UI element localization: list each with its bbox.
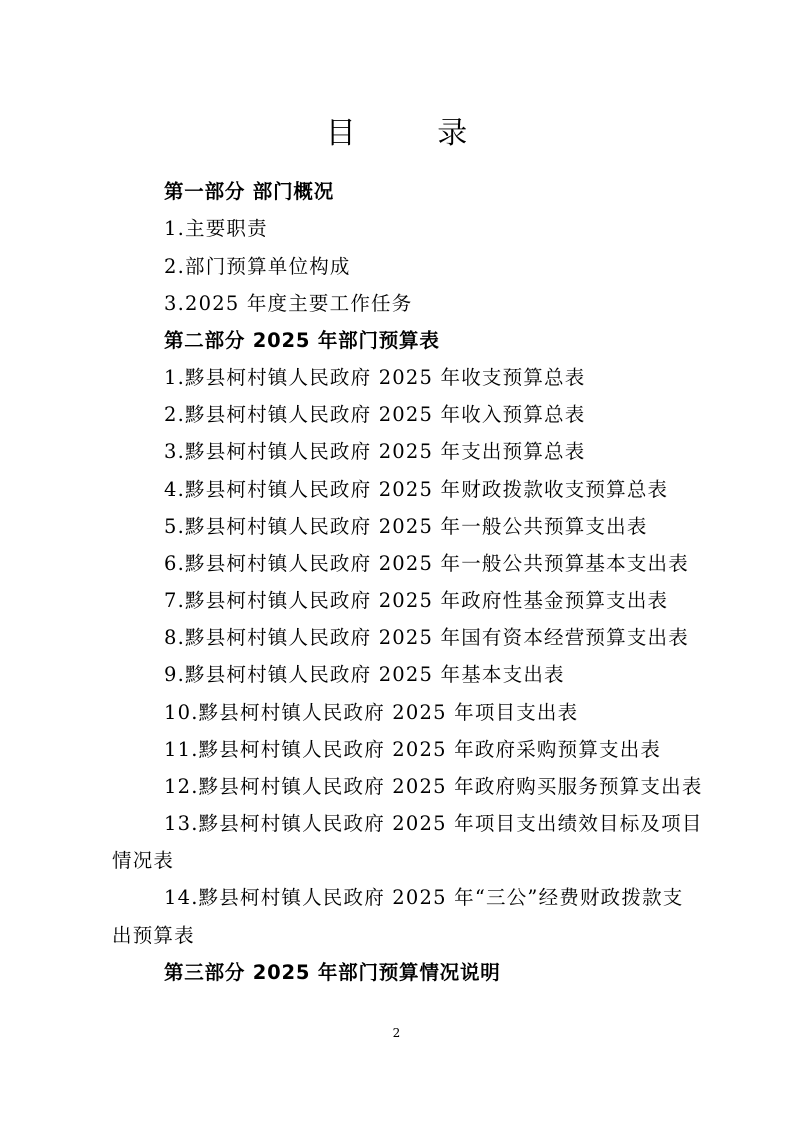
toc-item: 3.2025 年度主要工作任务 bbox=[164, 292, 412, 316]
toc-section-2: 第二部分 2025 年部门预算表 bbox=[164, 329, 440, 353]
toc-item-continuation: 情况表 bbox=[112, 849, 174, 873]
toc-item: 6.黟县柯村镇人民政府 2025 年一般公共预算基本支出表 bbox=[164, 552, 689, 576]
toc-item-continuation: 出预算表 bbox=[112, 924, 195, 948]
toc-item: 1.黟县柯村镇人民政府 2025 年收支预算总表 bbox=[164, 366, 585, 390]
toc-item: 10.黟县柯村镇人民政府 2025 年项目支出表 bbox=[164, 701, 578, 725]
toc-item: 12.黟县柯村镇人民政府 2025 年政府购买服务预算支出表 bbox=[164, 775, 703, 799]
toc-item: 11.黟县柯村镇人民政府 2025 年政府采购预算支出表 bbox=[164, 738, 661, 762]
toc-item: 9.黟县柯村镇人民政府 2025 年基本支出表 bbox=[164, 663, 565, 687]
toc-item: 7.黟县柯村镇人民政府 2025 年政府性基金预算支出表 bbox=[164, 589, 668, 613]
toc-item: 3.黟县柯村镇人民政府 2025 年支出预算总表 bbox=[164, 440, 585, 464]
toc-item: 14.黟县柯村镇人民政府 2025 年“三公”经费财政拨款支 bbox=[164, 886, 683, 910]
document-page: 目 录 第一部分 部门概况 1.主要职责 2.部门预算单位构成 3.2025 年… bbox=[0, 0, 793, 1122]
toc-item: 5.黟县柯村镇人民政府 2025 年一般公共预算支出表 bbox=[164, 515, 648, 539]
toc-section-3: 第三部分 2025 年部门预算情况说明 bbox=[164, 961, 501, 985]
toc-section-1: 第一部分 部门概况 bbox=[164, 180, 334, 204]
toc-item: 2.黟县柯村镇人民政府 2025 年收入预算总表 bbox=[164, 403, 585, 427]
toc-title: 目 录 bbox=[0, 108, 793, 152]
toc-item: 8.黟县柯村镇人民政府 2025 年国有资本经营预算支出表 bbox=[164, 626, 689, 650]
toc-item: 4.黟县柯村镇人民政府 2025 年财政拨款收支预算总表 bbox=[164, 478, 668, 502]
toc-item: 2.部门预算单位构成 bbox=[164, 255, 351, 279]
page-number: 2 bbox=[0, 1026, 793, 1040]
toc-item: 1.主要职责 bbox=[164, 217, 268, 241]
toc-item: 13.黟县柯村镇人民政府 2025 年项目支出绩效目标及项目 bbox=[164, 812, 703, 836]
